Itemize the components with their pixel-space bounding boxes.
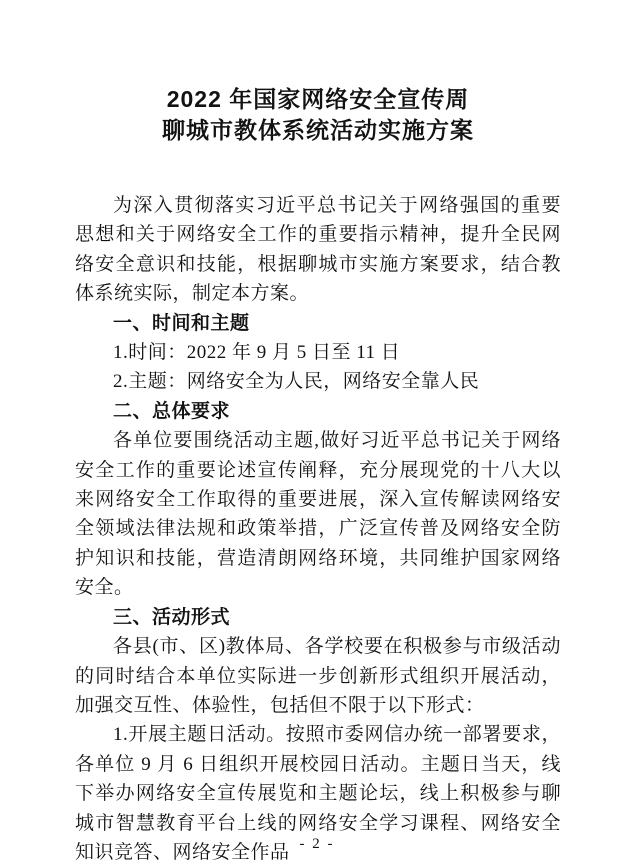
document-body: 为深入贯彻落实习近平总书记关于网络强国的重要思想和关于网络安全工作的重要指示精神… (75, 191, 561, 866)
document-title-line2: 聊城市教体系统活动实施方案 (75, 115, 561, 146)
section-heading-3: 三、活动形式 (75, 603, 561, 632)
paragraph-time: 1.时间：2022 年 9 月 5 日至 11 日 (75, 338, 561, 367)
section-heading-1: 一、时间和主题 (75, 309, 561, 338)
document-content: 2022 年国家网络安全宣传周 聊城市教体系统活动实施方案 为深入贯彻落实习近平… (75, 84, 561, 866)
paragraph-activity-intro: 各县(市、区)教体局、各学校要在积极参与市级活动的同时结合本单位实际进一步创新形… (75, 632, 561, 720)
page-number: - 2 - (0, 836, 634, 853)
paragraph-requirements: 各单位要围绕活动主题,做好习近平总书记关于网络安全工作的重要论述宣传阐释，充分展… (75, 426, 561, 602)
section-heading-2: 二、总体要求 (75, 397, 561, 426)
document-title-line1: 2022 年国家网络安全宣传周 (75, 84, 561, 115)
paragraph-intro: 为深入贯彻落实习近平总书记关于网络强国的重要思想和关于网络安全工作的重要指示精神… (75, 191, 561, 309)
paragraph-theme: 2.主题：网络安全为人民，网络安全靠人民 (75, 367, 561, 396)
document-title: 2022 年国家网络安全宣传周 聊城市教体系统活动实施方案 (75, 84, 561, 146)
document-page: 2022 年国家网络安全宣传周 聊城市教体系统活动实施方案 为深入贯彻落实习近平… (0, 0, 634, 866)
